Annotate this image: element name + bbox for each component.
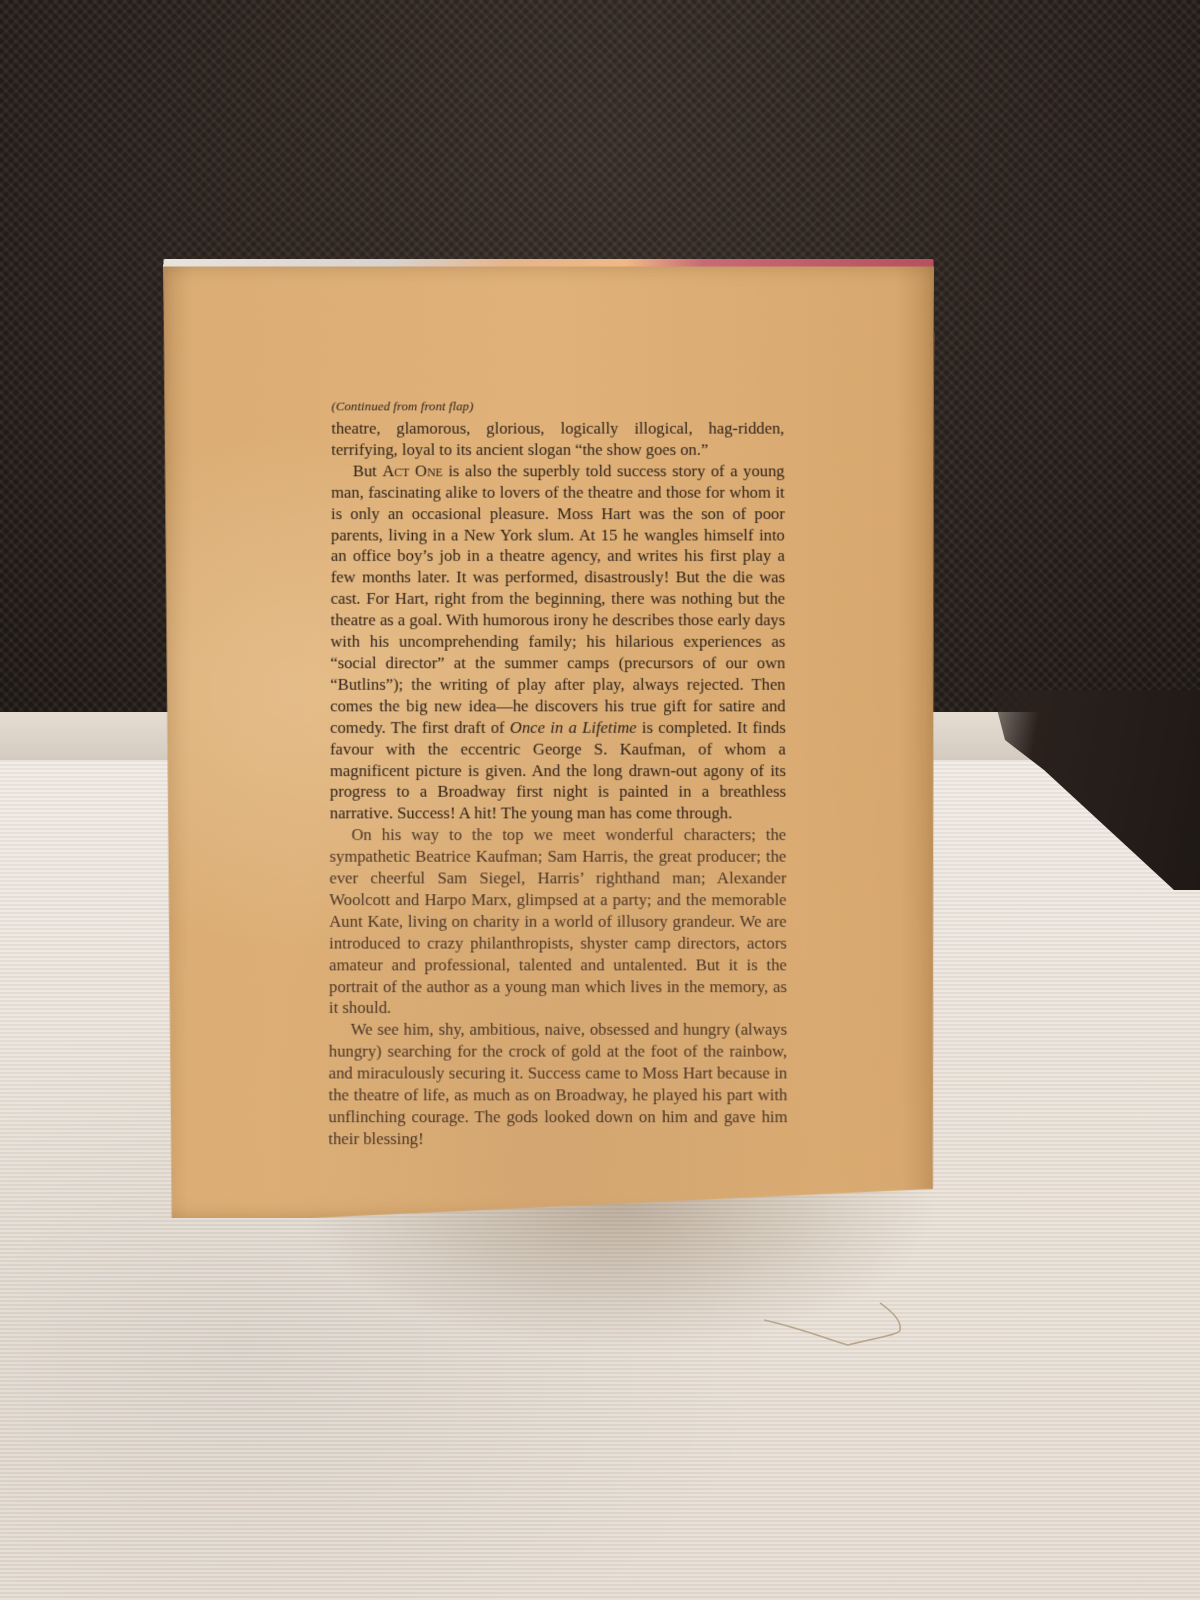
blurb-text-block: (Continued from front flap) theatre, gla…	[328, 399, 787, 1150]
blurb-paragraph: On his way to the top we meet wonderful …	[329, 824, 787, 1019]
blurb-paragraph: We see him, shy, ambitious, naive, obses…	[328, 1019, 787, 1150]
book-title-smallcaps: Act One	[382, 462, 442, 480]
blurb-text: theatre, glamorous, glorious, logically …	[331, 419, 784, 459]
loose-thread	[760, 1300, 910, 1350]
blurb-paragraph: But Act One is also the superbly told su…	[330, 461, 786, 825]
blurb-text: But	[353, 462, 383, 480]
blurb-text: We see him, shy, ambitious, naive, obses…	[328, 1020, 787, 1148]
book: (Continued from front flap) theatre, gla…	[156, 266, 941, 1218]
blurb-text: is also the superbly told success story …	[330, 462, 786, 737]
blurb-paragraphs: theatre, glamorous, glorious, logically …	[328, 418, 787, 1150]
book-title-italic: Once in a Lifetime	[510, 718, 637, 737]
blurb-text: On his way to the top we meet wonderful …	[329, 825, 787, 1017]
blurb-paragraph: theatre, glamorous, glorious, logically …	[331, 418, 784, 460]
continued-caption: (Continued from front flap)	[331, 399, 784, 414]
dust-jacket-back: (Continued from front flap) theatre, gla…	[156, 266, 941, 1218]
